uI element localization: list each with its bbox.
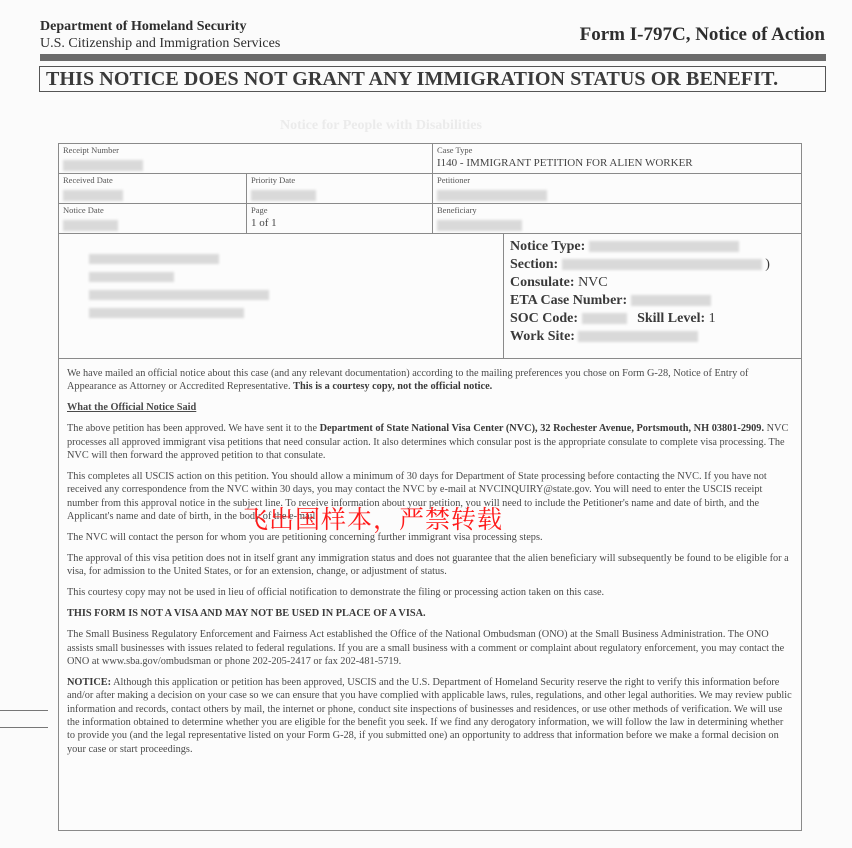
field-label: Priority Date [251, 175, 428, 186]
eta-case-number-label: ETA Case Number: [510, 293, 627, 308]
redacted-value [562, 259, 762, 270]
work-site-label: Work Site: [510, 329, 575, 344]
nvc-steps-paragraph: The NVC will contact the person for whom… [67, 531, 793, 544]
bleed-through-heading: Notice for People with Disabilities [280, 118, 482, 134]
field-label: Case Type [437, 145, 797, 156]
consulate-value: NVC [578, 275, 608, 290]
margin-mark [0, 727, 48, 728]
page-value: 1 of 1 [251, 216, 428, 230]
field-label: Beneficiary [437, 205, 797, 216]
redacted-value [251, 190, 316, 201]
field-label: Notice Date [63, 205, 242, 216]
courtesy-copy-limits-paragraph: This courtesy copy may not be used in li… [67, 586, 793, 599]
ombudsman-paragraph: The Small Business Regulatory Enforcemen… [67, 628, 793, 668]
header-rule [40, 54, 826, 61]
courtesy-copy-paragraph: We have mailed an official notice about … [67, 367, 793, 394]
margin-mark [0, 710, 48, 711]
field-label: Received Date [63, 175, 242, 186]
redacted-value [631, 295, 711, 306]
page-cell: Page 1 of 1 [246, 204, 432, 233]
redacted-address-line [89, 254, 219, 264]
case-type-value: I140 - IMMIGRANT PETITION FOR ALIEN WORK… [437, 156, 797, 170]
priority-date-cell: Priority Date [246, 174, 432, 203]
notice-date-cell: Notice Date [59, 204, 246, 233]
no-status-paragraph: The approval of this visa petition does … [67, 552, 793, 579]
beneficiary-cell: Beneficiary [432, 204, 801, 233]
form-title: Form I-797C, Notice of Action [580, 24, 825, 46]
redacted-value [589, 241, 739, 252]
approval-paragraph: The above petition has been approved. We… [67, 422, 793, 462]
field-label: Page [251, 205, 428, 216]
notice-form: Receipt Number Case Type I140 - IMMIGRAN… [58, 143, 802, 831]
redacted-value [63, 190, 123, 201]
redacted-value [437, 190, 547, 201]
status-banner: THIS NOTICE DOES NOT GRANT ANY IMMIGRATI… [39, 66, 826, 92]
agency-name: U.S. Citizenship and Immigration Service… [40, 35, 280, 52]
nvc-contact-paragraph: This completes all USCIS action on this … [67, 470, 793, 524]
department-name: Department of Homeland Security [40, 18, 280, 35]
agency-header: Department of Homeland Security U.S. Cit… [40, 18, 280, 52]
redacted-value [63, 160, 143, 171]
mailing-address [59, 234, 504, 358]
verification-notice-paragraph: NOTICE: Although this application or pet… [67, 676, 793, 756]
redacted-value [582, 313, 627, 324]
case-type-cell: Case Type I140 - IMMIGRANT PETITION FOR … [432, 144, 801, 173]
field-label: Petitioner [437, 175, 797, 186]
consulate-label: Consulate: [510, 275, 575, 290]
received-date-cell: Received Date [59, 174, 246, 203]
skill-level-value: 1 [709, 311, 716, 326]
redacted-address-line [89, 290, 269, 300]
redacted-address-line [89, 308, 244, 318]
redacted-value [63, 220, 118, 231]
redacted-value [437, 220, 522, 231]
receipt-number-cell: Receipt Number [59, 144, 432, 173]
redacted-value [578, 331, 698, 342]
redacted-address-line [89, 272, 174, 282]
not-a-visa-paragraph: THIS FORM IS NOT A VISA AND MAY NOT BE U… [67, 607, 793, 620]
section-heading: What the Official Notice Said [67, 401, 793, 414]
notice-type-label: Notice Type: [510, 239, 585, 254]
field-label: Receipt Number [63, 145, 428, 156]
soc-code-label: SOC Code: [510, 311, 578, 326]
notice-body: We have mailed an official notice about … [59, 359, 801, 830]
petitioner-cell: Petitioner [432, 174, 801, 203]
skill-level-label: Skill Level: [637, 311, 705, 326]
case-details: Notice Type: Section: ) Consulate: NVC E… [504, 234, 776, 358]
section-label: Section: [510, 257, 558, 272]
